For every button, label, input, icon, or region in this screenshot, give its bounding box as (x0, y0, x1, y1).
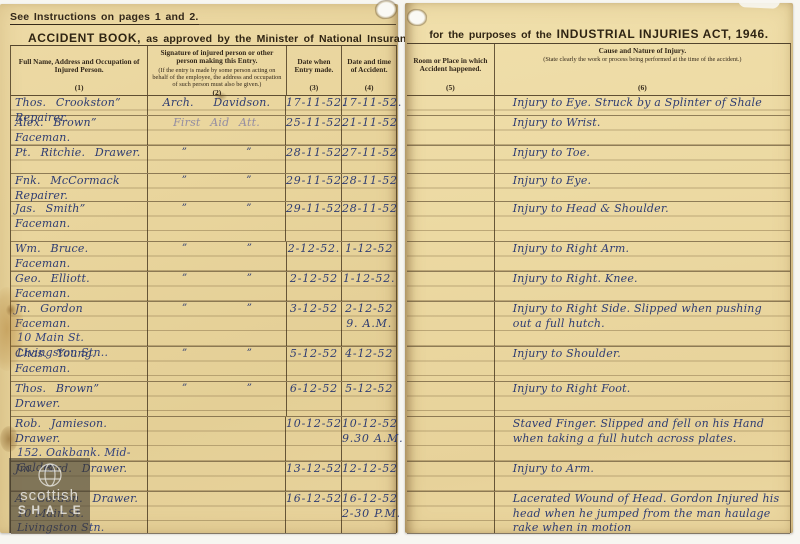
watermark-text-scottish: scottish (20, 488, 79, 503)
entry-date-accident: 1-12-52. (342, 272, 396, 287)
entry-signature-cell: ”” (148, 382, 286, 416)
entry-name: Rob. Jamieson. Drawer. (15, 417, 145, 446)
column-header-place: Room or Place in which Accident happened… (407, 44, 495, 95)
entry-name: Alex. Brown” Faceman. (15, 116, 145, 145)
entry-date-accident-cell: 28-11-52 (342, 202, 396, 241)
entry-injury: Lacerated Wound of Head. Gordon Injured … (513, 492, 780, 536)
entry-date-accident: 12-12-52 (342, 462, 396, 477)
ditto-mark: ” (246, 174, 251, 189)
entry-injury-cell: Injury to Right Arm. (495, 242, 790, 271)
entry-place-cell (407, 242, 495, 271)
right-page: for the purposes of the INDUSTRIAL INJUR… (405, 3, 793, 533)
entry-date-made: 3-12-52 (287, 302, 342, 317)
ditto-mark: ” (247, 382, 252, 397)
entry-date-made: 13-12-52 (286, 462, 341, 477)
entry-place-cell (407, 116, 495, 145)
entry-injury-cell: Injury to Right. Knee. (495, 272, 790, 301)
entry-injury-cell: Injury to Eye. (495, 174, 790, 201)
table-row: Jas. Smith” Faceman.””29-11-5228-11-52 (11, 202, 396, 242)
entry-injury-cell: Injury to Wrist. (495, 116, 790, 145)
table-row: Staved Finger. Slipped and fell on his H… (407, 417, 790, 462)
entry-injury-cell: Lacerated Wound of Head. Gordon Injured … (495, 492, 790, 533)
entry-name-cell: Wm. Bruce. Faceman. (11, 242, 148, 271)
entry-signature: Arch. Davidson. (152, 96, 281, 111)
left-page: See Instructions on pages 1 and 2. ACCID… (0, 4, 398, 533)
entry-accident-time: 9.30 A.M. (342, 432, 396, 447)
entry-date-accident: 10-12-52 (342, 417, 396, 432)
entry-date-accident-cell: 28-11-52 (342, 174, 396, 201)
scottish-shale-watermark: scottish SHALE (9, 458, 90, 533)
instructions-note: See Instructions on pages 1 and 2. (10, 11, 199, 25)
entry-date-accident: 2-12-52 (342, 302, 396, 317)
entry-date-accident: 1-12-52 (342, 242, 396, 257)
entry-date-made-cell: 29-11-52 (286, 174, 342, 201)
watermark-text-shale: SHALE (18, 503, 86, 517)
table-row: Injury to Right Foot. (407, 382, 790, 417)
table-row: Thos. Brown” Drawer.””6-12-525-12-52 (11, 382, 396, 417)
entry-injury: Injury to Eye. (513, 174, 780, 189)
table-row: Chas. Young. Faceman.””5-12-524-12-52 (11, 347, 396, 382)
entry-date-made-cell: 6-12-52 (287, 382, 343, 416)
ditto-mark: ” (246, 146, 251, 161)
entry-injury-cell: Injury to Right Foot. (495, 382, 790, 416)
right-page-title: for the purposes of the INDUSTRIAL INJUR… (411, 25, 787, 43)
column-header-name: Full Name, Address and Occupation of Inj… (11, 46, 148, 95)
entry-signature-cell: ”” (148, 174, 286, 201)
entry-signature: First Aid Att. (152, 116, 281, 131)
entry-name: Geo. Elliott. Faceman. (15, 272, 145, 301)
table-row: Injury to Shoulder. (407, 347, 790, 382)
entry-signature-cell (148, 462, 286, 491)
table-row: Jn. Gordon Faceman.10 Main St. Livingsto… (11, 302, 396, 347)
accident-table-right: Room or Place in which Accident happened… (407, 43, 791, 533)
entry-name: Fnk. McCormack Repairer. (15, 174, 145, 203)
entry-place-cell (407, 272, 495, 301)
entry-injury-cell: Injury to Eye. Struck by a Splinter of S… (495, 96, 790, 115)
entry-date-made: 6-12-52 (287, 382, 342, 397)
entry-accident-time: 2-30 P.M. (342, 507, 396, 522)
entry-name-cell: Pt. Ritchie. Drawer. (11, 146, 148, 173)
entry-date-made-cell: 16-12-52 (286, 492, 342, 533)
table-row: Geo. Elliott. Faceman.””2-12-521-12-52. (11, 272, 396, 302)
entry-date-accident-cell: 2-12-529. A.M. (342, 302, 396, 346)
ditto-mark: ” (247, 302, 252, 317)
table-row: Injury to Eye. (407, 174, 790, 202)
ditto-mark: ” (182, 174, 187, 189)
entry-date-accident: 21-11-52 (342, 116, 396, 131)
entry-date-accident-cell: 21-11-52 (342, 116, 396, 145)
entry-name-cell: Jn. Gordon Faceman.10 Main St. Livingsto… (11, 302, 148, 346)
entry-place-cell (407, 174, 495, 201)
entry-date-made: 25-11-52. (286, 116, 341, 131)
table-row: Pt. Ritchie. Drawer.””28-11-5227-11-52 (11, 146, 396, 174)
entry-injury: Injury to Right Arm. (513, 242, 780, 257)
entry-name: Chas. Young. Faceman. (15, 347, 145, 376)
entry-date-accident: 28-11-52 (342, 174, 396, 189)
entry-name: Jn. Gordon Faceman. (15, 302, 145, 331)
column-header-injury: Cause and Nature of Injury. (State clear… (495, 44, 790, 95)
entry-place-cell (407, 492, 495, 533)
entry-date-made-cell: 25-11-52. (286, 116, 342, 145)
table-row: Injury to Head & Shoulder. (407, 202, 790, 242)
entry-injury-cell: Injury to Shoulder. (495, 347, 790, 381)
entry-name-cell: Thos. Brown” Drawer. (11, 382, 148, 416)
table-header-right: Room or Place in which Accident happened… (407, 44, 790, 96)
entry-place-cell (407, 302, 495, 346)
entry-place-cell (407, 382, 495, 416)
entry-injury: Injury to Toe. (513, 146, 780, 161)
table-row: Rob. Jamieson. Drawer.152. Oakbank. Mid-… (11, 417, 396, 462)
entry-name-cell: Jas. Smith” Faceman. (11, 202, 148, 241)
title-purposes-of: for the purposes of the (429, 29, 556, 41)
table-row: Fnk. McCormack Repairer.””29-11-5228-11-… (11, 174, 396, 202)
entry-date-accident-cell: 16-12-522-30 P.M. (342, 492, 396, 533)
entry-place-cell (407, 347, 495, 381)
entry-date-made: 28-11-52 (286, 146, 341, 161)
entry-date-accident-cell: 17-11-52. (342, 96, 396, 115)
table-row: Alex. Brown” Faceman.First Aid Att.25-11… (11, 116, 396, 146)
entry-place-cell (407, 96, 495, 115)
entry-injury: Staved Finger. Slipped and fell on his H… (513, 417, 780, 446)
entry-signature-cell: ”” (148, 146, 286, 173)
ditto-mark: ” (247, 242, 252, 257)
entry-signature-cell: Arch. Davidson. (148, 96, 286, 115)
entry-date-made-cell: 29-11-52 (286, 202, 342, 241)
globe-icon (35, 460, 65, 490)
entry-signature-cell (148, 417, 286, 461)
entry-injury-cell: Injury to Head & Shoulder. (495, 202, 790, 241)
entry-date-made: 29-11-52 (286, 202, 341, 217)
entry-injury: Injury to Right Foot. (513, 382, 780, 397)
entry-injury: Injury to Head & Shoulder. (513, 202, 780, 217)
entry-date-made-cell: 5-12-52 (287, 347, 343, 381)
entry-name-cell: Chas. Young. Faceman. (11, 347, 148, 381)
entry-date-made: 29-11-52 (286, 174, 341, 189)
entry-signature-cell (148, 492, 286, 533)
entry-accident-time: 9. A.M. (342, 317, 396, 332)
entry-name-cell: Alex. Brown” Faceman. (11, 116, 148, 145)
table-row: Injury to Right Side. Slipped when pushi… (407, 302, 790, 347)
entry-signature-cell: First Aid Att. (148, 116, 286, 145)
entry-date-accident-cell: 1-12-52. (342, 272, 396, 301)
entry-date-accident-cell: 10-12-529.30 A.M. (342, 417, 396, 461)
entry-date-accident: 27-11-52 (342, 146, 396, 161)
entry-signature-cell: ”” (148, 272, 286, 301)
entry-signature-cell: ”” (148, 242, 286, 271)
title-accident-book: ACCIDENT BOOK, (28, 31, 141, 45)
scanned-accident-book-spread: See Instructions on pages 1 and 2. ACCID… (0, 0, 800, 544)
entry-place-cell (407, 417, 495, 461)
entry-date-made: 2-12-52. (287, 242, 342, 257)
entry-date-accident: 17-11-52. (342, 96, 396, 111)
rows-right: Injury to Eye. Struck by a Splinter of S… (407, 96, 790, 534)
table-row: Injury to Right Arm. (407, 242, 790, 272)
entry-signature-cell: ”” (148, 202, 286, 241)
ditto-mark: ” (182, 272, 187, 287)
entry-place-cell (407, 146, 495, 173)
table-header-left: Full Name, Address and Occupation of Inj… (11, 46, 396, 96)
entry-date-made-cell: 13-12-52 (286, 462, 342, 491)
title-industrial-injuries-act: INDUSTRIAL INJURIES ACT, 1946. (557, 27, 769, 41)
entry-injury: Injury to Right Side. Slipped when pushi… (513, 302, 780, 331)
entry-injury-cell: Injury to Right Side. Slipped when pushi… (495, 302, 790, 346)
entry-name-cell: Geo. Elliott. Faceman. (11, 272, 148, 301)
entry-date-made-cell: 3-12-52 (287, 302, 343, 346)
column-header-signature: Signature of injured person or other per… (148, 46, 286, 95)
entry-date-accident-cell: 5-12-52 (342, 382, 396, 416)
ditto-mark: ” (182, 382, 187, 397)
entry-date-accident: 4-12-52 (342, 347, 396, 362)
entry-date-accident: 5-12-52 (342, 382, 396, 397)
entry-name: Wm. Bruce. Faceman. (15, 242, 145, 271)
ditto-mark: ” (247, 347, 252, 362)
entry-date-accident-cell: 4-12-52 (342, 347, 396, 381)
entry-date-made-cell: 2-12-52 (287, 272, 343, 301)
entry-date-made: 5-12-52 (287, 347, 342, 362)
entry-injury-cell: Staved Finger. Slipped and fell on his H… (495, 417, 790, 461)
title-approved-by: as approved by the Minister of National … (141, 33, 418, 45)
ditto-mark: ” (182, 302, 187, 317)
table-row: Injury to Wrist. (407, 116, 790, 146)
entry-date-made-cell: 28-11-52 (286, 146, 342, 173)
entry-place-cell (407, 202, 495, 241)
entry-name: Thos. Brown” Drawer. (15, 382, 145, 411)
table-row: Wm. Bruce. Faceman.””2-12-52.1-12-52 (11, 242, 396, 272)
table-row: Lacerated Wound of Head. Gordon Injured … (407, 492, 790, 534)
entry-name: Pt. Ritchie. Drawer. (15, 146, 145, 161)
entry-date-made: 16-12-52 (286, 492, 341, 507)
entry-date-made-cell: 2-12-52. (287, 242, 343, 271)
ditto-mark: ” (182, 242, 187, 257)
entry-injury-cell: Injury to Arm. (495, 462, 790, 491)
entry-injury: Injury to Arm. (513, 462, 780, 477)
entry-date-made: 10-12-52 (286, 417, 341, 432)
entry-date-made: 2-12-52 (287, 272, 342, 287)
entry-injury: Injury to Shoulder. (513, 347, 780, 362)
entry-name: Jas. Smith” Faceman. (15, 202, 145, 231)
ditto-mark: ” (246, 202, 251, 217)
table-row: Injury to Right. Knee. (407, 272, 790, 302)
entry-injury-cell: Injury to Toe. (495, 146, 790, 173)
entry-injury: Injury to Right. Knee. (513, 272, 780, 287)
entry-name-cell: Rob. Jamieson. Drawer.152. Oakbank. Mid-… (11, 417, 148, 461)
table-row: Injury to Toe. (407, 146, 790, 174)
entry-date-accident: 28-11-52 (342, 202, 396, 217)
entry-date-accident-cell: 27-11-52 (342, 146, 396, 173)
column-header-date-entry: Date when Entry made. (3) (287, 46, 343, 95)
column-header-date-accident: Date and time of Accident. (4) (342, 46, 396, 95)
table-row: Injury to Eye. Struck by a Splinter of S… (407, 96, 790, 116)
entry-name-cell: Fnk. McCormack Repairer. (11, 174, 148, 201)
ditto-mark: ” (182, 347, 187, 362)
ditto-mark: ” (247, 272, 252, 287)
entry-injury: Injury to Wrist. (513, 116, 780, 131)
entry-date-accident-cell: 12-12-52 (342, 462, 396, 491)
entry-date-made-cell: 17-11-52. (286, 96, 342, 115)
entry-date-accident: 16-12-52 (342, 492, 396, 507)
entry-signature-cell: ”” (148, 302, 286, 346)
table-row: Injury to Arm. (407, 462, 790, 492)
entry-date-made: 17-11-52. (286, 96, 341, 111)
ditto-mark: ” (182, 146, 187, 161)
table-row: Thos. Crookston” Repairer.Arch. Davidson… (11, 96, 396, 116)
entry-place-cell (407, 462, 495, 491)
entry-date-made-cell: 10-12-52 (286, 417, 342, 461)
entry-date-accident-cell: 1-12-52 (342, 242, 396, 271)
entry-injury: Injury to Eye. Struck by a Splinter of S… (513, 96, 780, 111)
entry-name-cell: Thos. Crookston” Repairer. (11, 96, 148, 115)
entry-signature-cell: ”” (148, 347, 286, 381)
ditto-mark: ” (182, 202, 187, 217)
